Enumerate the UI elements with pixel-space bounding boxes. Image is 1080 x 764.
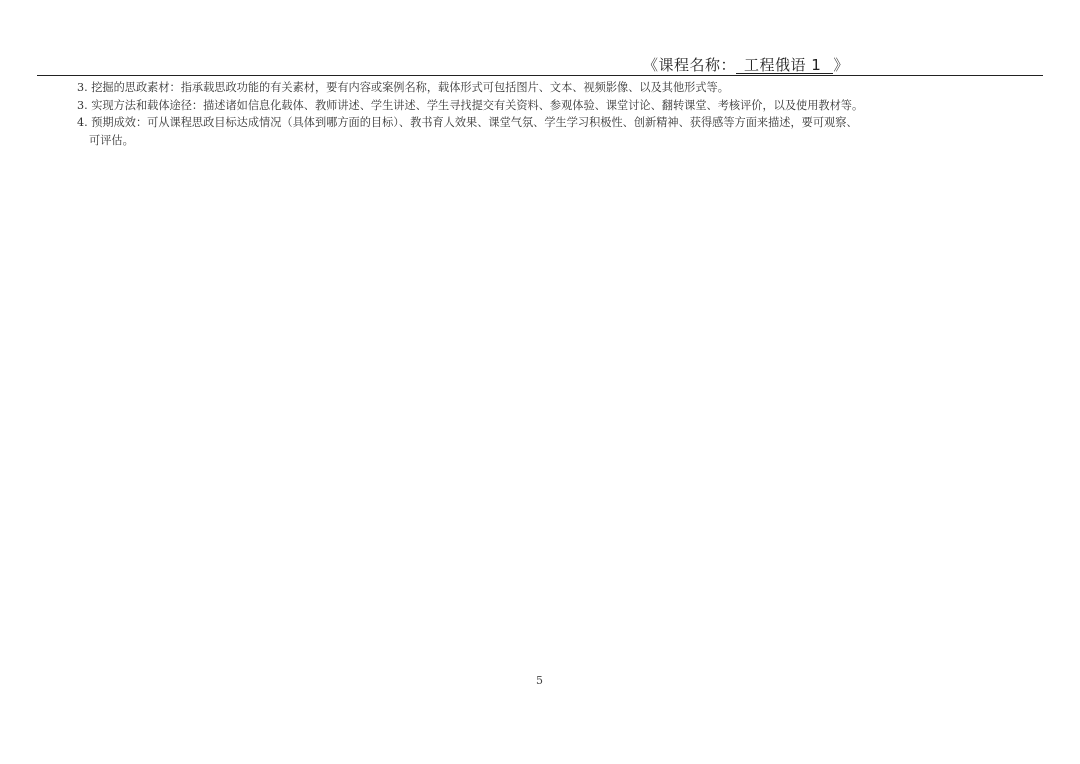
course-name: 工程俄语 1: [736, 57, 833, 74]
header-suffix: 》: [833, 56, 849, 74]
instruction-item-methods: 3. 实现方法和载体途径：描述诸如信息化载体、教师讲述、学生讲述、学生寻找提交有…: [77, 97, 1027, 115]
header-prefix: 《课程名称：: [643, 56, 736, 74]
instruction-item-outcomes: 4. 预期成效：可从课程思政目标达成情况（具体到哪方面的目标）、教书育人效果、课…: [77, 114, 1027, 132]
page-number: 5: [536, 674, 543, 687]
document-page: 《课程名称：工程俄语 1》 3. 挖掘的思政素材：指承载思政功能的有关素材，要有…: [0, 0, 1080, 764]
instructions-list: 3. 挖掘的思政素材：指承载思政功能的有关素材，要有内容或案例名称，载体形式可包…: [77, 79, 1027, 149]
course-header: 《课程名称：工程俄语 1》: [643, 54, 849, 75]
instruction-item-materials: 3. 挖掘的思政素材：指承载思政功能的有关素材，要有内容或案例名称，载体形式可包…: [77, 79, 1027, 97]
instruction-item-outcomes-continuation: 可评估。: [77, 132, 1027, 150]
header-divider: [37, 75, 1043, 76]
